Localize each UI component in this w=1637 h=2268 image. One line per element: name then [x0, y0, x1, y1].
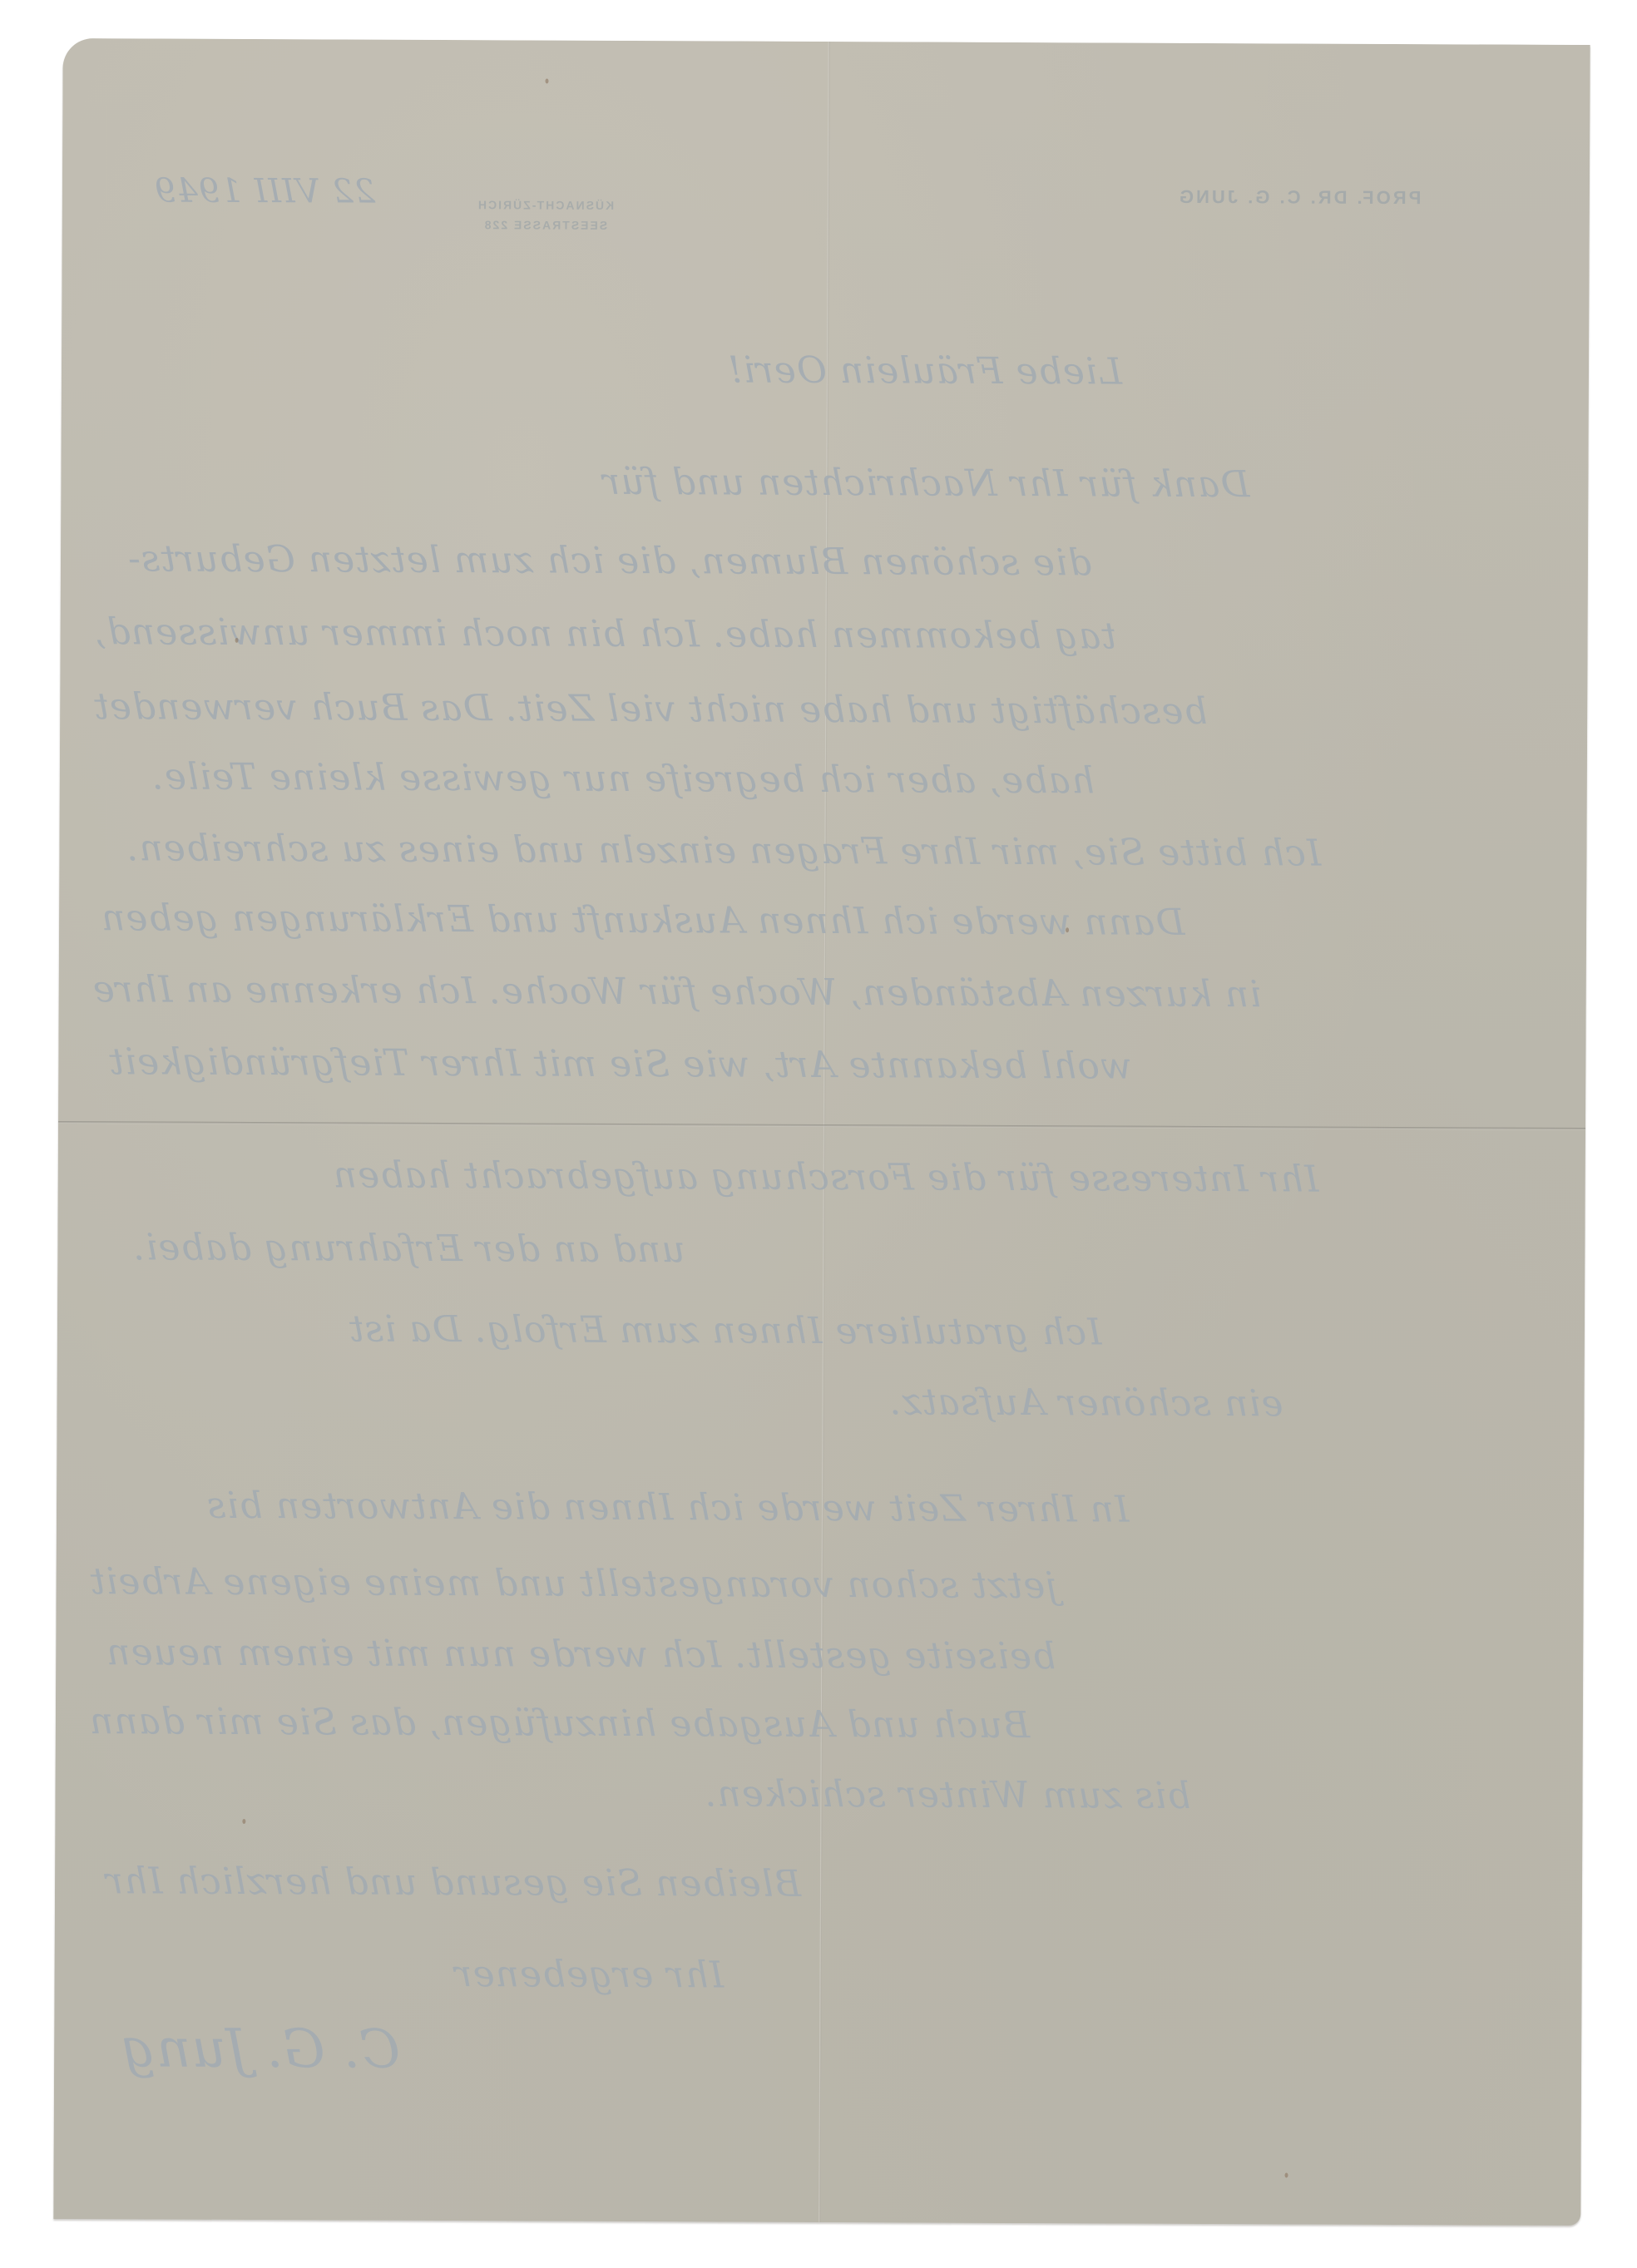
paper-spot — [1066, 927, 1069, 932]
paper-spot — [242, 1819, 245, 1824]
letterhead-address: KÜSNACHT-ZÜRICH SEESTRASSE 228 — [477, 195, 615, 235]
body-line: beschäftigt und habe nicht viel Zeit. Da… — [93, 685, 1208, 733]
salutation: Liebe Fräulein Oeri! — [727, 348, 1122, 393]
letterhead-address-line2: SEESTRASSE 228 — [477, 215, 614, 235]
body-line: In Ihrer Zeit werde ich Ihnen die Antwor… — [206, 1485, 1130, 1531]
body-line: tag bekommen habe. Ich bin noch immer un… — [94, 610, 1117, 657]
paper-spot — [1285, 2172, 1288, 2177]
letterhead-address-line1: KÜSNACHT-ZÜRICH — [477, 195, 614, 215]
body-line: Ich bitte Sie, mir Ihre Fragen einzeln u… — [126, 827, 1321, 874]
closing-line: Ihr ergebener — [453, 1953, 724, 1996]
signature: C. G. Jung — [121, 2018, 400, 2080]
body-line: Ich gratuliere Ihnen zum Erfolg. Da ist — [349, 1308, 1102, 1354]
body-line: jetzt schon vorangestellt und meine eige… — [90, 1560, 1058, 1607]
body-line: wohl bekannte Art, wie Sie mit Ihrer Tie… — [108, 1040, 1131, 1087]
letterhead-name: PROF. DR. C. G. JUNG — [1177, 186, 1422, 209]
letter-sheet: PROF. DR. C. G. JUNG KÜSNACHT-ZÜRICH SEE… — [53, 38, 1590, 2226]
horizontal-fold-crease — [58, 1121, 1585, 1130]
closing-line: Bleiben Sie gesund und herzlich Ihr — [105, 1860, 801, 1905]
body-line: und an der Erfahrung dabei. — [132, 1226, 685, 1271]
body-line: die schönen Blumen, die ich zum letzten … — [127, 537, 1091, 584]
body-line: Ihr Interesse für die Forschung aufgebra… — [333, 1154, 1319, 1200]
body-line: Buch und Ausgabe hinzufügen, das Sie mir… — [89, 1700, 1030, 1747]
body-line: Dank für Ihr Nachrichten und für — [601, 461, 1249, 506]
letter-date: 22 VIII 1949 — [154, 171, 376, 210]
body-line: ein schöner Aufsatz. — [888, 1381, 1283, 1425]
body-line: beiseite gestellt. Ich werde nun mit ein… — [106, 1631, 1056, 1678]
body-line: habe, aber ich begreife nur gewisse klei… — [151, 755, 1095, 802]
paper-spot — [545, 79, 548, 84]
body-line: bis zum Winter schicken. — [704, 1772, 1190, 1817]
body-line: in kurzen Abständen, Woche für Woche. Ic… — [92, 968, 1262, 1015]
body-line: Dann werde ich Ihnen Auskunft und Erklär… — [101, 897, 1185, 944]
paper-spot — [235, 638, 239, 643]
